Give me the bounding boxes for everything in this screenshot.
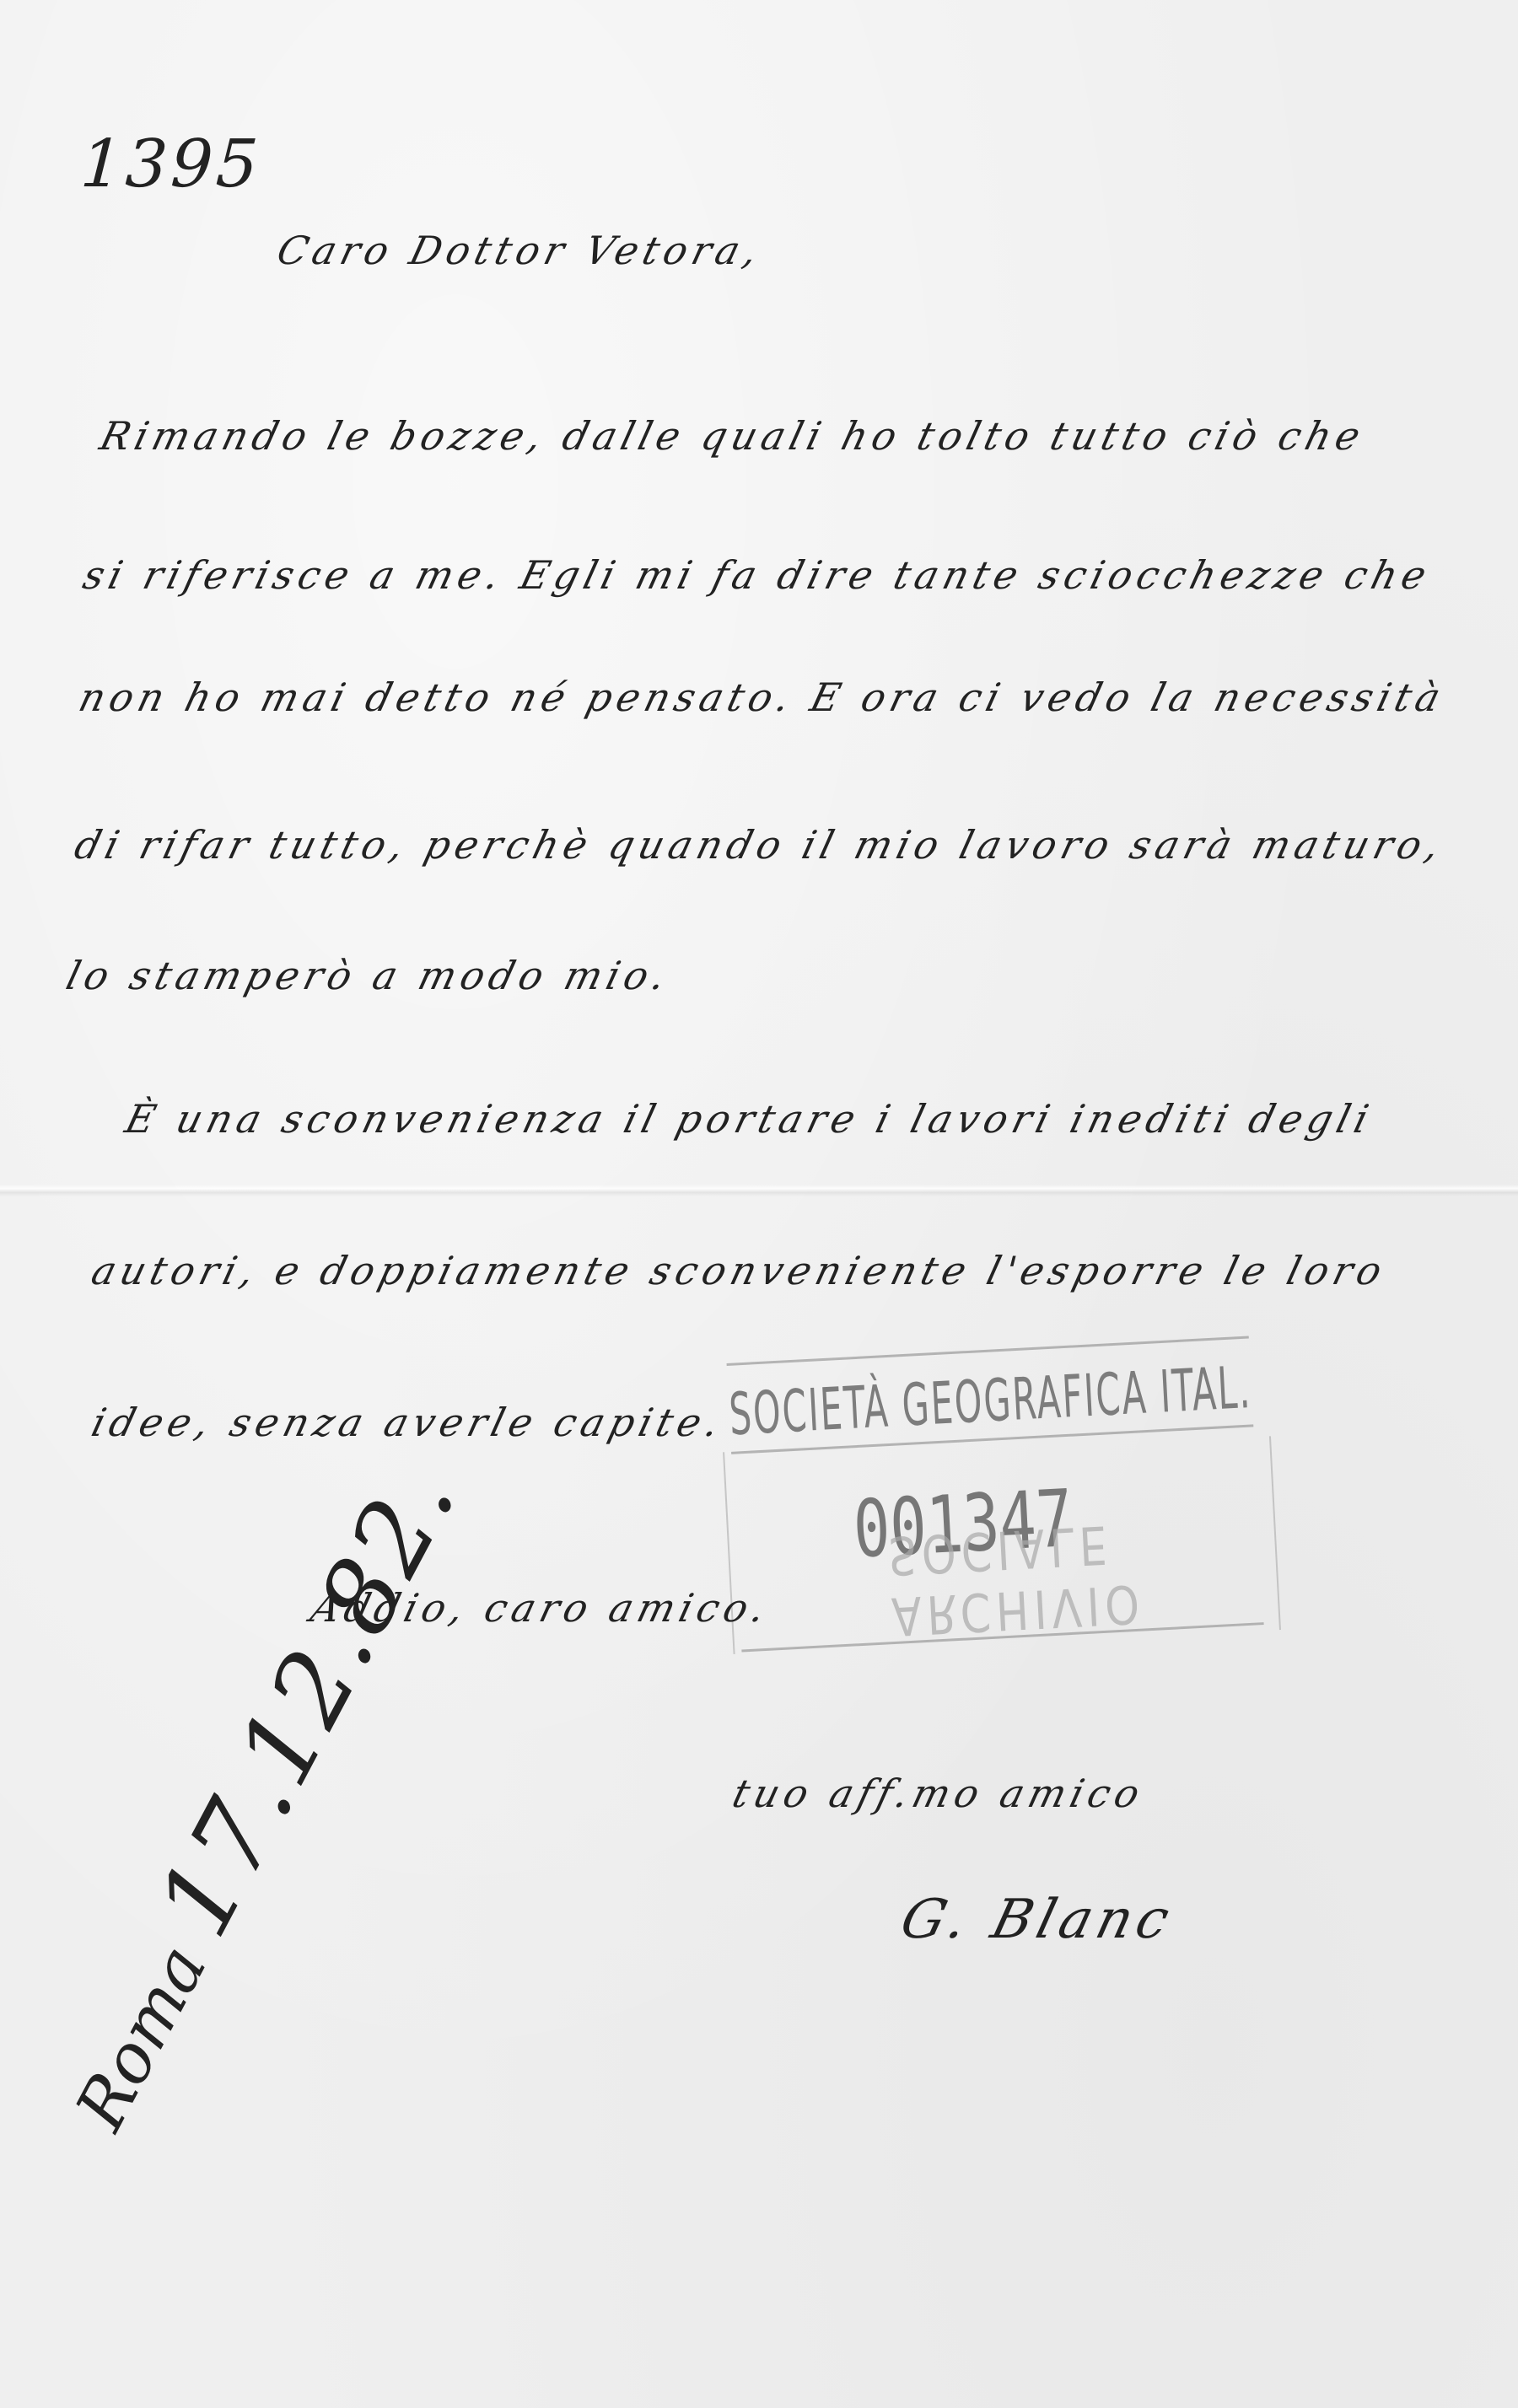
stamp-bottom-text: ARCHIVIO SOCIALE — [887, 1503, 1298, 1646]
date: 17.12.82. — [136, 1447, 480, 1955]
place: Roma — [61, 1932, 222, 2142]
body-line-7: autori, e doppiamente sconveniente l'esp… — [87, 1248, 1391, 1293]
body-line-8: idee, senza averle capite. — [87, 1400, 729, 1445]
society-stamp: SOCIETÀ GEOGRAFICA ITAL. 001347 ARCHIVIO… — [709, 1317, 1299, 1667]
paper-fold-line — [0, 1185, 1518, 1196]
body-line-3: non ho mai detto né pensato. E ora ci ve… — [74, 675, 1450, 720]
stamp-title: SOCIETÀ GEOGRAFICA ITAL. — [728, 1353, 1253, 1449]
archive-number: 1395 — [71, 126, 271, 202]
body-line-4: di rifar tutto, perchè quando il mio lav… — [70, 822, 1449, 868]
body-line-6: È una sconvenienza il portare i lavori i… — [121, 1096, 1378, 1142]
valediction: tuo aff.mo amico — [728, 1771, 1149, 1816]
body-line-1: Rimando le bozze, dalle quali ho tolto t… — [95, 413, 1370, 459]
body-line-5: lo stamperò a modo mio. — [62, 953, 676, 998]
salutation: Caro Dottor Vetora, — [272, 228, 767, 273]
place-date: Roma 17.12.82. — [34, 1447, 480, 2147]
letter-page: 1395 Caro Dottor Vetora, Rimando le bozz… — [0, 0, 1518, 2408]
body-line-2: si riferisce a me. Egli mi fa dire tante… — [78, 552, 1435, 598]
signature: G. Blanc — [895, 1889, 1181, 1951]
